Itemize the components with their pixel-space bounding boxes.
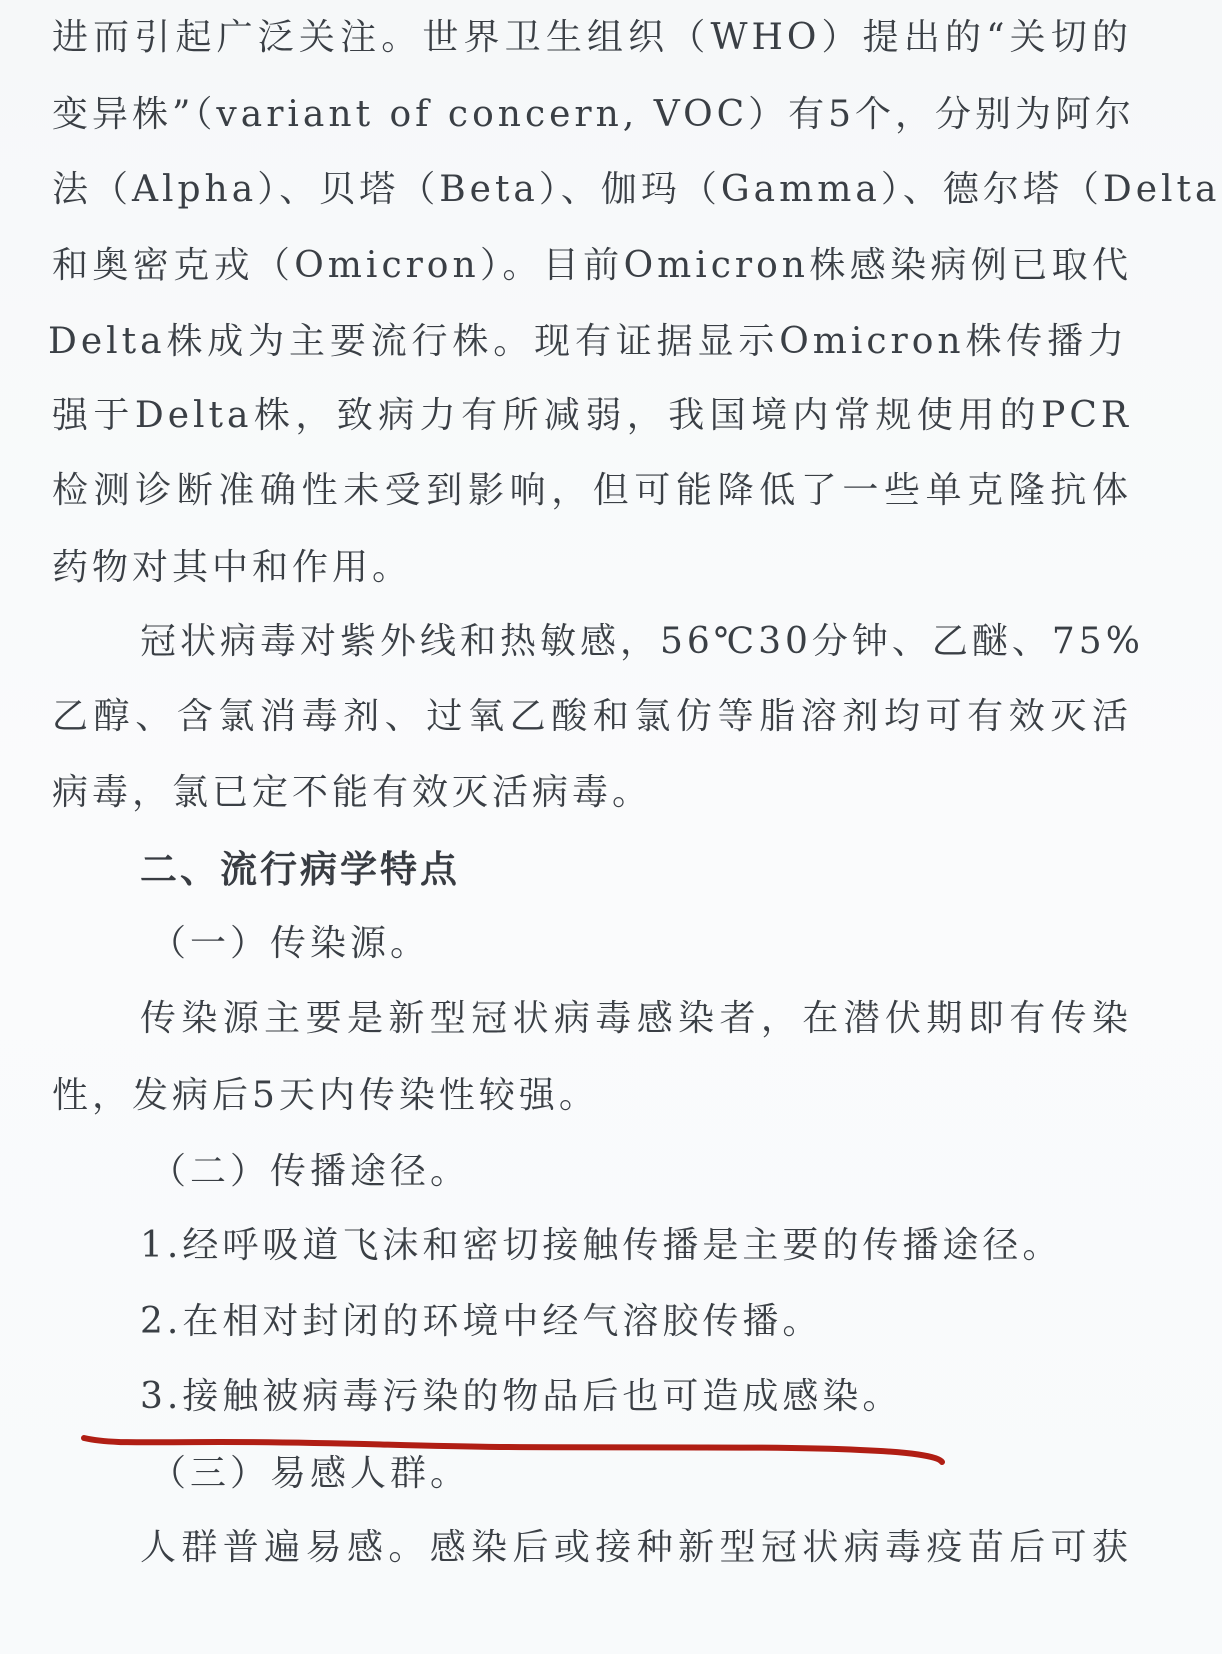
paragraph-line: 进而引起广泛关注。世界卫生组织（WHO）提出的“关切的 — [52, 16, 1132, 60]
paragraph-line: 乙醇、含氯消毒剂、过氧乙酸和氯仿等脂溶剂均可有效灭活 — [52, 695, 1132, 739]
paragraph-line: 法（Alpha）、贝塔（Beta）、伽玛（Gamma）、德尔塔（Delta） — [52, 168, 1132, 212]
scanned-document-page: 进而引起广泛关注。世界卫生组织（WHO）提出的“关切的 变异株”（variant… — [0, 0, 1222, 1654]
paragraph-line: 性，发病后5天内传染性较强。 — [52, 1074, 1132, 1118]
paragraph-line: 病毒，氯已定不能有效灭活病毒。 — [52, 771, 1132, 815]
paragraph-line: 人群普遍易感。感染后或接种新型冠状病毒疫苗后可获 — [140, 1526, 1132, 1570]
paragraph-line: 冠状病毒对紫外线和热敏感，56℃30分钟、乙醚、75% — [140, 620, 1132, 664]
paragraph-line: 药物对其中和作用。 — [52, 546, 1132, 590]
subsection-heading: （二）传播途径。 — [150, 1150, 470, 1194]
list-item: 1.经呼吸道飞沫和密切接触传播是主要的传播途径。 — [140, 1224, 1062, 1268]
subsection-heading: （三）易感人群。 — [150, 1452, 470, 1496]
subsection-heading: （一）传染源。 — [150, 922, 430, 966]
list-item: 3.接触被病毒污染的物品后也可造成感染。 — [140, 1375, 902, 1419]
paragraph-line: 强于Delta株，致病力有所减弱，我国境内常规使用的PCR — [52, 394, 1132, 438]
paragraph-line: 和奥密克戎（Omicron）。目前Omicron株感染病例已取代 — [52, 244, 1132, 288]
paragraph-line: 变异株”（variant of concern, VOC）有5个，分别为阿尔 — [52, 93, 1132, 137]
paragraph-line: Delta株成为主要流行株。现有证据显示Omicron株传播力 — [48, 320, 1128, 364]
paragraph-line: 检测诊断准确性未受到影响，但可能降低了一些单克隆抗体 — [52, 469, 1132, 513]
list-item: 2.在相对封闭的环境中经气溶胶传播。 — [140, 1300, 822, 1344]
paragraph-line: 传染源主要是新型冠状病毒感染者，在潜伏期即有传染 — [140, 997, 1132, 1041]
section-heading: 二、流行病学特点 — [140, 848, 460, 892]
